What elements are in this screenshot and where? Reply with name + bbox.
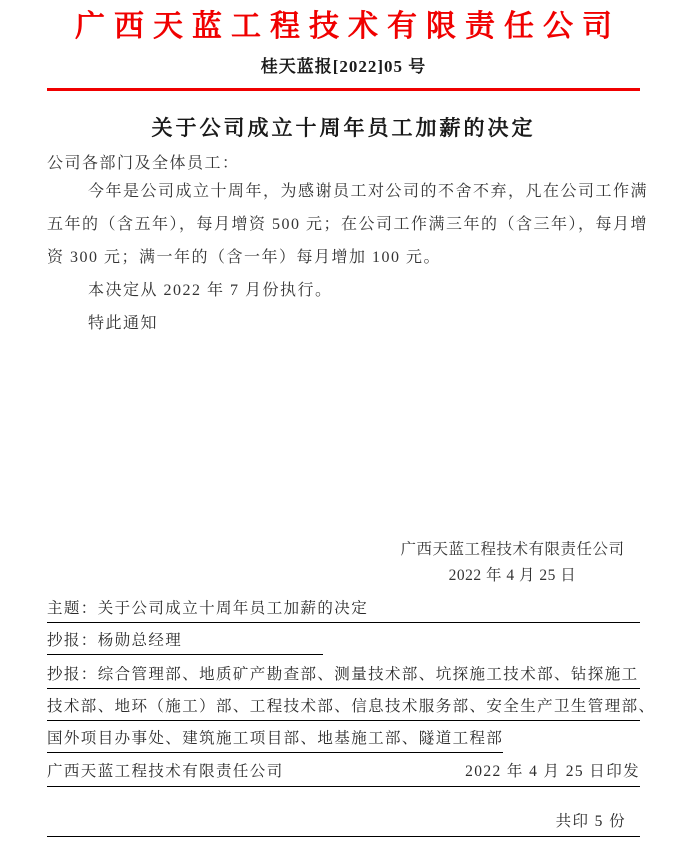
body-paragraph-line: 今年是公司成立十周年，为感谢员工对公司的不舍不弃，凡在公司工作满 xyxy=(47,175,640,208)
copy-report-value: 杨勋总经理 xyxy=(98,632,183,649)
closing-line: 特此通知 xyxy=(47,307,640,340)
cc-departments-line: 抄报：综合管理部、地质矿产勘查部、测量技术部、坑探施工技术部、钻探施工 xyxy=(47,664,640,689)
effective-date-line: 本决定从 2022 年 7 月份执行。 xyxy=(47,274,640,307)
body-paragraph-line: 五年的（含五年），每月增资 500 元；在公司工作满三年的（含三年），每月增 xyxy=(47,208,640,241)
signature-date: 2022 年 4 月 25 日 xyxy=(385,563,640,589)
issuer-company: 广西天蓝工程技术有限责任公司 xyxy=(47,761,284,782)
notice-title: 关于公司成立十周年员工加薪的决定 xyxy=(47,114,640,142)
cc-departments-line: 国外项目办事处、建筑施工项目部、地基施工部、隧道工程部 xyxy=(47,728,640,753)
signature-company: 广西天蓝工程技术有限责任公司 xyxy=(385,537,640,563)
signature-block: 广西天蓝工程技术有限责任公司 2022 年 4 月 25 日 xyxy=(385,537,640,589)
letterhead-company-title: 广西天蓝工程技术有限责任公司 xyxy=(47,8,640,46)
footer-register: 主题：关于公司成立十周年员工加薪的决定 抄报：杨勋总经理 抄报：综合管理部、地质… xyxy=(47,598,640,837)
document-number: 桂天蓝报[2022]05 号 xyxy=(47,57,640,77)
copies-note: 共印 5 份 xyxy=(47,811,640,832)
subject-row: 主题：关于公司成立十周年员工加薪的决定 xyxy=(47,598,640,623)
subject-label: 主题： xyxy=(47,600,98,617)
bottom-separator-line xyxy=(47,836,640,837)
subject-value: 关于公司成立十周年员工加薪的决定 xyxy=(98,600,368,617)
red-separator-line xyxy=(47,88,640,91)
issuer-row: 广西天蓝工程技术有限责任公司 2022 年 4 月 25 日印发 xyxy=(47,761,640,787)
cc-departments-line: 技术部、地环（施工）部、工程技术部、信息技术服务部、安全生产卫生管理部、 xyxy=(47,696,640,721)
salutation: 公司各部门及全体员工： xyxy=(47,153,640,175)
body-paragraph-line: 资 300 元；满一年的（含一年）每月增加 100 元。 xyxy=(47,241,640,274)
issue-date: 2022 年 4 月 25 日印发 xyxy=(465,761,640,782)
copy-report-row: 抄报：杨勋总经理 xyxy=(47,630,640,655)
copy-report-underline: 抄报：杨勋总经理 xyxy=(47,630,323,655)
copy-report-label: 抄报： xyxy=(47,632,98,649)
blank-space xyxy=(47,340,640,537)
document-page: 广西天蓝工程技术有限责任公司 桂天蓝报[2022]05 号 关于公司成立十周年员… xyxy=(0,0,686,841)
cc-departments-last-underline: 国外项目办事处、建筑施工项目部、地基施工部、隧道工程部 xyxy=(47,728,503,753)
